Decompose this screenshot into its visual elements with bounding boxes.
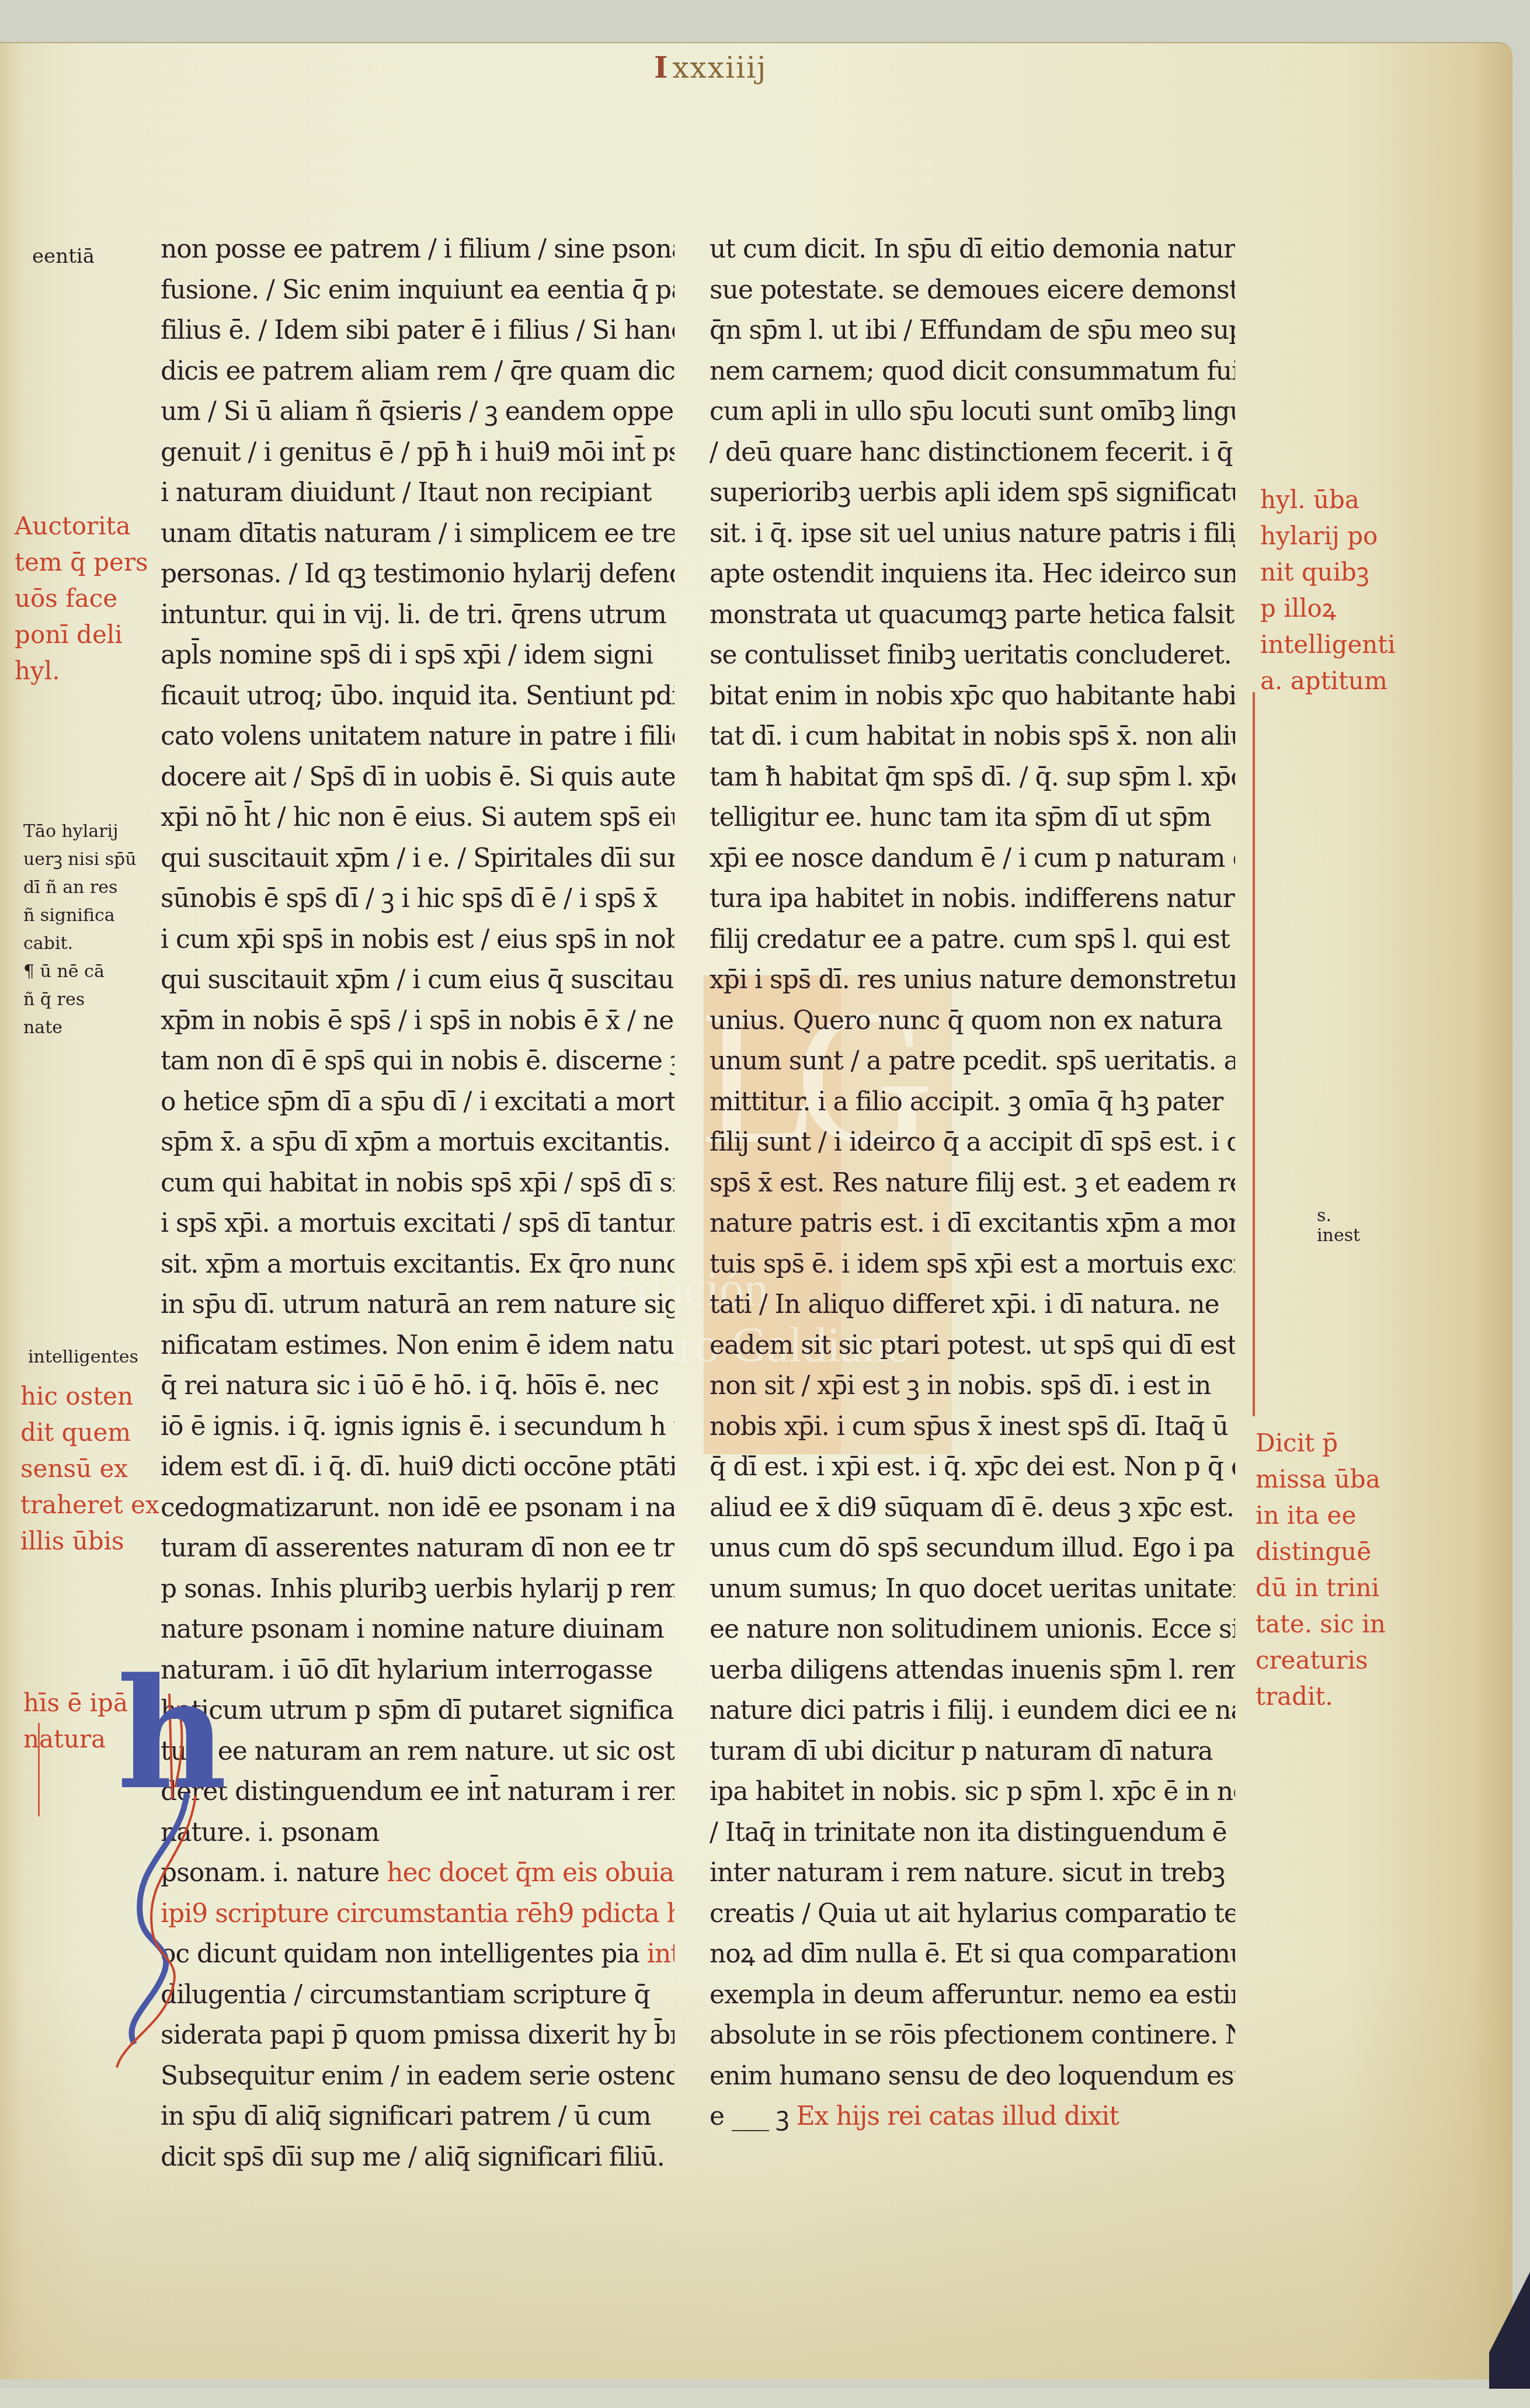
line-text: cum apli in ullo sp̄u locuti sunt omībꝫ … xyxy=(710,397,1235,426)
line-text: telligitur ee. hunc tam ita sp̄m dī ut s… xyxy=(710,802,1211,832)
rubric-text: Ex hijs rei catas illud dixit xyxy=(797,2101,1119,2131)
text-line: absolute in se rōis pfectionem continere… xyxy=(710,2015,1235,2056)
line-text: in sp̄u dī aliq̄ significari patrem / ū … xyxy=(161,2101,651,2131)
line-text: sit. i q̄. ipse sit uel unius nature pat… xyxy=(710,519,1235,548)
gloss-line: cabit. xyxy=(23,930,137,958)
text-line: siderata papi p̄ quom pmissa dixerit hy … xyxy=(161,2015,674,2056)
line-text: tam ħ habitat q̄m sps̄ dī. / q̄. sup sp̄… xyxy=(710,762,1235,792)
gloss-line: eentiā xyxy=(32,241,95,272)
line-text: idem est dī. i q̄. dī. hui9 dicti occōne… xyxy=(161,1452,674,1482)
line-text: q̄ rei natura sic i ūō ē hō. i q̄. hōīs … xyxy=(161,1371,659,1401)
line-text: xp̄m in nobis ē sps̄ / i sps̄ in nobis ē… xyxy=(161,1006,674,1036)
gloss-line: uerꝫ nisi sp̄ū xyxy=(23,846,137,874)
line-text: q̄n sp̄m l. ut ibi / Effundam de sp̄u me… xyxy=(710,315,1235,345)
line-text: unius. Quero nunc q̄ quom non ex natura xyxy=(710,1006,1222,1036)
line-text: sūnobis ē sps̄ dī / ꝫ i hic sps̄ dī ē / … xyxy=(161,884,657,913)
text-line: cedogmatizarunt. non idē ee psonam i na xyxy=(161,1488,674,1528)
line-text: inter naturam i rem nature. sicut in tre… xyxy=(710,1858,1225,1888)
line-text: cedogmatizarunt. non idē ee psonam i na xyxy=(161,1493,674,1523)
text-column-right: ut cum dicit. In sp̄u dī eitio demonia n… xyxy=(710,229,1235,2137)
gloss-line: hyl. xyxy=(15,653,148,689)
line-text: nobis xp̄i. i cum sp̄us x̄ inest sps̄ dī… xyxy=(710,1412,1228,1441)
line-text: dilugentia / circumstantiam scripture q̄ xyxy=(161,1980,650,2010)
line-text: unam dītatis naturam / i simplicem ee tr… xyxy=(161,519,674,548)
line-text: non posse ee patrem / i filium / sine ps… xyxy=(161,234,674,264)
text-line: nobis xp̄i. i cum sp̄us x̄ inest sps̄ dī… xyxy=(710,1406,1235,1447)
gloss-line: Dicit p̄ xyxy=(1256,1425,1386,1461)
text-line: Subsequitur enim / in eadem serie ostend… xyxy=(161,2056,674,2097)
text-line: enim humano sensu de deo loquendum est xyxy=(710,2056,1235,2097)
gloss-line: dū in trini xyxy=(1256,1570,1386,1606)
line-text: monstrata ut quacumqꝫ parte hetica falsi… xyxy=(710,600,1235,630)
text-line: tuis sps̄ ē. i idem sps̄ xp̄i est a mort… xyxy=(710,1244,1235,1285)
line-text: se contulisset finibꝫ ueritatis conclude… xyxy=(710,640,1235,670)
text-line: uerba diligens attendas inuenis sp̄m l. … xyxy=(710,1650,1235,1691)
margin-gloss-inest: s. inest xyxy=(1317,1206,1360,1246)
text-line: dicis ee patrem aliam rem / q̄re quam di… xyxy=(161,351,674,392)
text-line: sit. i q̄. ipse sit uel unius nature pat… xyxy=(710,513,1235,554)
text-line: nature dici patris i filij. i eundem dic… xyxy=(710,1690,1235,1731)
line-text: tum ee naturam an rem nature. ut sic ost… xyxy=(161,1736,674,1766)
text-line: / Itaq̄ in trinitate non ita distinguend… xyxy=(710,1812,1235,1853)
text-line: nature psonam i nomine nature diuinam xyxy=(161,1609,674,1650)
text-line: naturam. i ūō dīt hylarium interrogasse xyxy=(161,1650,674,1691)
gloss-line: hylarij po xyxy=(1260,518,1396,554)
text-line: turam dī ubi dicitur p naturam dī natura xyxy=(710,1731,1235,1772)
text-line: ipa habitet in nobis. sic p sp̄m l. xp̄c… xyxy=(710,1771,1235,1812)
line-text: unum sunt / a patre pcedit. sps̄ ueritat… xyxy=(710,1046,1235,1076)
text-line: psonam. i. nature hec docet q̄m eis obui… xyxy=(161,1853,674,1893)
text-line: um / Si ū aliam ñ q̄sieris / ꝫ eandem op… xyxy=(161,391,674,432)
text-line: in sp̄u dī. utrum naturā an rem nature s… xyxy=(161,1284,674,1325)
text-line: apte ostendit inquiens ita. Hec ideirco … xyxy=(710,554,1235,595)
text-line: nature patris est. i dī excitantis xp̄m … xyxy=(710,1203,1235,1244)
line-text: nificatam estimes. Non enim ē idem natur… xyxy=(161,1330,674,1360)
line-text: unum sumus; In quo docet ueritas unitate… xyxy=(710,1574,1235,1604)
line-text: nature psonam i nomine nature diuinam xyxy=(161,1614,664,1644)
line-text: / Itaq̄ in trinitate non ita distinguend… xyxy=(710,1818,1227,1847)
line-text: dicit sps̄ dīi sup me / aliq̄ significar… xyxy=(161,2142,665,2172)
line-text: filius ē. / Idem sibi pater ē i filius /… xyxy=(161,315,674,345)
text-line: i naturam diuidunt / Itaut non recipiant xyxy=(161,472,674,513)
line-text: cato volens unitatem nature in patre i f… xyxy=(161,721,674,751)
gloss-line: ñ q̄ res xyxy=(23,986,137,1014)
background-surface xyxy=(0,2389,1530,2408)
line-text: qui suscitauit xp̄m / i e. / Spiritales … xyxy=(161,843,674,873)
text-line: apl̄s nomine sps̄ di i sps̄ xp̄i / idem … xyxy=(161,635,674,676)
text-line: q̄ dī est. i xp̄i est. i q̄. xp̄c dei es… xyxy=(710,1447,1235,1488)
line-text: o hetice sp̄m dī a sp̄u dī / i excitati … xyxy=(161,1087,674,1117)
text-line: genuit / i genitus ē / pp̄ ħ i hui9 mōi … xyxy=(161,432,674,473)
line-text: filij credatur ee a patre. cum sps̄ l. q… xyxy=(710,925,1235,954)
text-line: ee nature non solitudinem unionis. Ecce … xyxy=(710,1609,1235,1650)
gloss-line: ñ significa xyxy=(23,902,137,930)
text-line: ipi9 scripture circumstantia rēh9 pdicta… xyxy=(161,1893,674,1934)
line-text: sue potestate. se demoues eicere demonst… xyxy=(710,275,1235,305)
text-line: xp̄m in nobis ē sps̄ / i sps̄ in nobis ē… xyxy=(161,1000,674,1041)
line-text: p sonas. Inhis pluribꝫ uerbis hylarij p … xyxy=(161,1574,674,1604)
text-line: qui suscitauit xp̄m / i cum eius q̄ susc… xyxy=(161,960,674,1000)
text-line: filius ē. / Idem sibi pater ē i filius /… xyxy=(161,310,674,351)
text-line: idem est dī. i q̄. dī. hui9 dicti occōne… xyxy=(161,1447,674,1488)
line-text: nature patris est. i dī excitantis xp̄m … xyxy=(710,1208,1235,1238)
gloss-line: nate xyxy=(23,1014,137,1042)
text-line: cum apli in ullo sp̄u locuti sunt omībꝫ … xyxy=(710,391,1235,432)
text-line: monstrata ut quacumqꝫ parte hetica falsi… xyxy=(710,595,1235,635)
line-text: xp̄i ee nosce dandum ē / i cum p naturam… xyxy=(710,843,1235,873)
text-line: e ___ ꝫ Ex hijs rei catas illud dixit xyxy=(710,2096,1235,2137)
gloss-line: s. xyxy=(1317,1206,1360,1226)
text-line: cato volens unitatem nature in patre i f… xyxy=(161,716,674,757)
gloss-line: Auctorita xyxy=(15,508,148,544)
margin-gloss-dicit-premissa: Dicit p̄ missa ūba in ita ee distinguē d… xyxy=(1256,1425,1386,1715)
text-line: sue potestate. se demoues eicere demonst… xyxy=(710,270,1235,311)
gloss-line: inest xyxy=(1317,1226,1360,1246)
line-text: q̄ dī est. i xp̄i est. i q̄. xp̄c dei es… xyxy=(710,1452,1235,1482)
line-text: creatis / Quia ut ait hylarius comparati… xyxy=(710,1899,1235,1929)
text-line: telligitur ee. hunc tam ita sp̄m dī ut s… xyxy=(710,797,1235,838)
gloss-line: dit quem xyxy=(20,1415,159,1451)
line-text: sp̄m x̄. a sp̄u dī xp̄m a mortuis excita… xyxy=(161,1127,670,1157)
gloss-line: hīs ē ipā xyxy=(23,1685,128,1721)
gloss-line: a. aptitum xyxy=(1260,663,1396,699)
line-text: tati / In aliquo differet xp̄i. i dī nat… xyxy=(710,1290,1219,1319)
gloss-line: illis ūbis xyxy=(20,1523,159,1559)
text-line: eadem sit sic ptari potest. ut sps̄ qui … xyxy=(710,1325,1235,1366)
gloss-line: hyl. ūba xyxy=(1260,482,1396,518)
gloss-line: ponī deli xyxy=(15,617,148,653)
gloss-line: dī ñ an res xyxy=(23,874,137,902)
gloss-line: distinguē xyxy=(1256,1534,1386,1570)
text-line: mittitur. i a filio accipit. ꝫ omīa q̄ h… xyxy=(710,1082,1235,1123)
line-text: oc dicunt quidam non intelligentes pia xyxy=(161,1939,639,1969)
gloss-line: tem q̄ pers xyxy=(15,544,148,581)
text-line: superioribꝫ uerbis apli idem sps̄ signif… xyxy=(710,472,1235,513)
line-text: exempla in deum afferuntur. nemo ea esti… xyxy=(710,1980,1235,2010)
line-text: ut cum dicit. In sp̄u dī eitio demonia n… xyxy=(710,234,1235,264)
line-text: i sps̄ xp̄i. a mortuis excitati / sps̄ d… xyxy=(161,1208,674,1238)
line-text: tuis sps̄ ē. i idem sps̄ xp̄i est a mort… xyxy=(710,1249,1235,1279)
gloss-line: traheret ex xyxy=(20,1487,159,1523)
gloss-line: intelligentes xyxy=(28,1343,138,1371)
line-text: heticum utrum p sp̄m dī putaret signific… xyxy=(161,1695,673,1725)
line-text: Subsequitur enim / in eadem serie ostend… xyxy=(161,2061,674,2091)
line-text: sit. xp̄m a mortuis excitantis. Ex q̄ro … xyxy=(161,1249,674,1279)
gloss-line: nit quibꝫ xyxy=(1260,554,1396,590)
line-text: personas. / Id qꝫ testimonio hylarij def… xyxy=(161,559,674,589)
gloss-line: intelligenti xyxy=(1260,627,1396,663)
text-line: sps̄ x̄ est. Res nature filij est. ꝫ et … xyxy=(710,1163,1235,1204)
text-line: q̄n sp̄m l. ut ibi / Effundam de sp̄u me… xyxy=(710,310,1235,351)
folio-number: Ixxxiiij xyxy=(654,50,767,85)
text-line: sit. xp̄m a mortuis excitantis. Ex q̄ro … xyxy=(161,1244,674,1285)
gloss-line: tate. sic in xyxy=(1256,1606,1386,1642)
text-line: i sps̄ xp̄i. a mortuis excitati / sps̄ d… xyxy=(161,1203,674,1244)
text-line: nature. i. psonam xyxy=(161,1812,674,1853)
text-line: creatis / Quia ut ait hylarius comparati… xyxy=(710,1893,1235,1934)
text-line: personas. / Id qꝫ testimonio hylarij def… xyxy=(161,554,674,595)
gloss-line: sensū ex xyxy=(20,1451,159,1487)
gloss-line: p illoꝝ xyxy=(1260,590,1396,627)
line-text: mittitur. i a filio accipit. ꝫ omīa q̄ h… xyxy=(710,1087,1223,1117)
line-text: bitat enim in nobis xp̄c quo habitante h… xyxy=(710,681,1235,711)
margin-gloss-hylarius: Tāo hylarij uerꝫ nisi sp̄ū dī ñ an res ñ… xyxy=(23,818,137,1042)
text-line: filij credatur ee a patre. cum sps̄ l. q… xyxy=(710,919,1235,960)
text-line: unum sunt / a patre pcedit. sps̄ ueritat… xyxy=(710,1041,1235,1082)
text-line: tati / In aliquo differet xp̄i. i dī nat… xyxy=(710,1284,1235,1325)
text-line: intuntur. qui in vij. li. de tri. q̄rens… xyxy=(161,595,674,635)
text-line: bitat enim in nobis xp̄c quo habitante h… xyxy=(710,676,1235,717)
gloss-line: hic osten xyxy=(20,1378,159,1415)
text-line: non posse ee patrem / i filium / sine ps… xyxy=(161,229,674,270)
text-line: nem carnem; quod dicit consummatum fuiss… xyxy=(710,351,1235,392)
text-line: ficauit utroq; ūbo. inquid ita. Sentiunt… xyxy=(161,676,674,717)
line-text: eadem sit sic ptari potest. ut sps̄ qui … xyxy=(710,1330,1235,1360)
text-line: unius. Quero nunc q̄ quom non ex natura xyxy=(710,1000,1235,1041)
line-text: sps̄ x̄ est. Res nature filij est. ꝫ et … xyxy=(710,1168,1235,1198)
text-line: tura ipa habitet in nobis. indifferens n… xyxy=(710,878,1235,919)
line-text: noꝝ ad dīm nulla ē. Et si qua comparatio… xyxy=(710,1939,1235,1969)
text-column-left: non posse ee patrem / i filium / sine ps… xyxy=(161,229,674,2177)
line-text: cum qui habitat in nobis sps̄ xp̄i / sps… xyxy=(161,1168,674,1198)
text-line: docere ait / Sps̄ dī in uobis ē. Si quis… xyxy=(161,757,674,798)
line-text: filij sunt / i ideirco q̄ a accipit dī s… xyxy=(710,1127,1235,1157)
text-line: xp̄i i sps̄ dī. res unius nature demonst… xyxy=(710,960,1235,1000)
line-text: enim humano sensu de deo loquendum est xyxy=(710,2061,1235,2091)
gloss-line: natura xyxy=(23,1721,128,1757)
margin-gloss-intelligentes: intelligentes xyxy=(28,1343,138,1371)
gloss-line: uōs face xyxy=(15,581,148,617)
line-text: qui suscitauit xp̄m / i cum eius q̄ susc… xyxy=(161,965,674,995)
text-line: / deū quare hanc distinctionem fecerit. … xyxy=(710,432,1235,473)
text-line: p sonas. Inhis pluribꝫ uerbis hylarij p … xyxy=(161,1569,674,1610)
initial-letter: h xyxy=(117,1659,227,1811)
gloss-line: in ita ee xyxy=(1256,1497,1386,1534)
line-text: unus cum dō sps̄ secundum illud. Ego i p… xyxy=(710,1533,1235,1563)
line-text: genuit / i genitus ē / pp̄ ħ i hui9 mōi … xyxy=(161,437,674,467)
line-text: absolute in se rōis pfectionem continere… xyxy=(710,2020,1235,2050)
text-line: fusione. / Sic enim inquiunt ea eentia q… xyxy=(161,270,674,311)
text-line: tam non dī ē sps̄ qui in nobis ē. discer… xyxy=(161,1041,674,1082)
text-line: tum ee naturam an rem nature. ut sic ost… xyxy=(161,1731,674,1772)
rubric-text: hec docet q̄m eis obuiat xyxy=(387,1858,674,1888)
text-line: oc dicunt quidam non intelligentes pia i… xyxy=(161,1934,674,1975)
line-text: intuntur. qui in vij. li. de tri. q̄rens… xyxy=(161,600,666,630)
text-line: ut cum dicit. In sp̄u dī eitio demonia n… xyxy=(710,229,1235,270)
rubric-text: intelligi. i q̄. sps̄ l. ē res uni9 ū. p… xyxy=(647,1939,674,1969)
text-line: nificatam estimes. Non enim ē idem natur… xyxy=(161,1325,674,1366)
rubric-text: ipi9 scripture circumstantia rēh9 pdicta… xyxy=(161,1899,674,1929)
line-text: tam non dī ē sps̄ qui in nobis ē. discer… xyxy=(161,1046,674,1076)
line-text: xp̄i i sps̄ dī. res unius nature demonst… xyxy=(710,965,1235,995)
gloss-line: missa ūba xyxy=(1256,1461,1386,1497)
text-line: cum qui habitat in nobis sps̄ xp̄i / sps… xyxy=(161,1163,674,1204)
line-text: in sp̄u dī. utrum naturā an rem nature s… xyxy=(161,1290,674,1319)
text-line: aliud ee x̄ di9 sūquam dī ē. deus ꝫ xp̄c… xyxy=(710,1488,1235,1528)
line-text: nature dici patris i filij. i eundem dic… xyxy=(710,1695,1235,1725)
text-line: tat dī. i cum habitat in nobis sps̄ x̄. … xyxy=(710,716,1235,757)
rubric-bracket-line xyxy=(1253,692,1255,1416)
text-line: unus cum dō sps̄ secundum illud. Ego i p… xyxy=(710,1528,1235,1569)
line-text: ficauit utroq; ūbo. inquid ita. Sentiunt… xyxy=(161,681,674,711)
line-text: i naturam diuidunt / Itaut non recipiant xyxy=(161,478,651,508)
line-text: i cum xp̄i sps̄ in nobis est / eius sps̄… xyxy=(161,925,674,954)
text-line: xp̄i nō h̄t / hic non ē eius. Si autem s… xyxy=(161,797,674,838)
line-text: tura ipa habitet in nobis. indifferens n… xyxy=(710,884,1235,913)
margin-gloss-hylarius-verba: hyl. ūba hylarij po nit quibꝫ p illoꝝ in… xyxy=(1260,482,1396,699)
folio-number-initial: I xyxy=(654,50,669,85)
text-line: in sp̄u dī aliq̄ significari patrem / ū … xyxy=(161,2096,674,2137)
line-text: iō ē ignis. i q̄. ignis ignis ē. i secun… xyxy=(161,1412,674,1441)
line-text: aliud ee x̄ di9 sūquam dī ē. deus ꝫ xp̄c… xyxy=(710,1493,1234,1523)
line-text: um / Si ū aliam ñ q̄sieris / ꝫ eandem op… xyxy=(161,397,674,426)
line-text: apte ostendit inquiens ita. Hec ideirco … xyxy=(710,559,1235,589)
gloss-line: Tāo hylarij xyxy=(23,818,137,846)
gloss-line: creaturis xyxy=(1256,1642,1386,1679)
margin-gloss-natura: hīs ē ipā natura xyxy=(23,1685,128,1757)
text-line: xp̄i ee nosce dandum ē / i cum p naturam… xyxy=(710,838,1235,879)
line-text: apl̄s nomine sps̄ di i sps̄ xp̄i / idem … xyxy=(161,640,653,670)
text-line: noꝝ ad dīm nulla ē. Et si qua comparatio… xyxy=(710,1934,1235,1975)
text-line: iō ē ignis. i q̄. ignis ignis ē. i secun… xyxy=(161,1406,674,1447)
line-text: deret distinguendum ee int̄ naturam i re… xyxy=(161,1777,674,1806)
line-text: / deū quare hanc distinctionem fecerit. … xyxy=(710,437,1235,467)
line-text: dicis ee patrem aliam rem / q̄re quam di… xyxy=(161,356,674,386)
text-line: non sit / xp̄i est ꝫ in nobis. sps̄ dī. … xyxy=(710,1365,1235,1406)
text-line: filij sunt / i ideirco q̄ a accipit dī s… xyxy=(710,1122,1235,1163)
text-line: heticum utrum p sp̄m dī putaret signific… xyxy=(161,1690,674,1731)
margin-gloss-hic-ostendit: hic osten dit quem sensū ex traheret ex … xyxy=(20,1378,159,1559)
text-line: i cum xp̄i sps̄ in nobis est / eius sps̄… xyxy=(161,919,674,960)
line-text: fusione. / Sic enim inquiunt ea eentia q… xyxy=(161,275,674,305)
text-line: q̄ rei natura sic i ūō ē hō. i q̄. hōīs … xyxy=(161,1365,674,1406)
line-text: nem carnem; quod dicit consummatum fuiss… xyxy=(710,356,1235,386)
line-text: ipa habitet in nobis. sic p sp̄m l. xp̄c… xyxy=(710,1777,1235,1806)
line-text: tat dī. i cum habitat in nobis sps̄ x̄. … xyxy=(710,721,1235,751)
line-text: docere ait / Sps̄ dī in uobis ē. Si quis… xyxy=(161,762,674,792)
text-line: o hetice sp̄m dī a sp̄u dī / i excitati … xyxy=(161,1082,674,1123)
line-text: turam dī asserentes naturam dī non ee tr… xyxy=(161,1533,674,1563)
text-line: turam dī asserentes naturam dī non ee tr… xyxy=(161,1528,674,1569)
line-text: non sit / xp̄i est ꝫ in nobis. sps̄ dī. … xyxy=(710,1371,1211,1401)
text-line: sūnobis ē sps̄ dī / ꝫ i hic sps̄ dī ē / … xyxy=(161,878,674,919)
line-text: e ___ ꝫ xyxy=(710,2101,789,2131)
text-line: dicit sps̄ dīi sup me / aliq̄ significar… xyxy=(161,2137,674,2178)
line-text: uerba diligens attendas inuenis sp̄m l. … xyxy=(710,1655,1235,1685)
line-text: xp̄i nō h̄t / hic non ē eius. Si autem s… xyxy=(161,802,674,832)
text-line: unum sumus; In quo docet ueritas unitate… xyxy=(710,1569,1235,1610)
text-line: exempla in deum afferuntur. nemo ea esti… xyxy=(710,1975,1235,2016)
text-line: se contulisset finibꝫ ueritatis conclude… xyxy=(710,635,1235,676)
line-text: superioribꝫ uerbis apli idem sps̄ signif… xyxy=(710,478,1235,508)
text-line: deret distinguendum ee int̄ naturam i re… xyxy=(161,1771,674,1812)
gloss-line: tradit. xyxy=(1256,1679,1386,1715)
text-line: sp̄m x̄. a sp̄u dī xp̄m a mortuis excita… xyxy=(161,1122,674,1163)
gloss-line: ¶ ū nē cā xyxy=(23,958,137,986)
margin-gloss-essentia: eentiā xyxy=(32,241,95,272)
line-text: naturam. i ūō dīt hylarium interrogasse xyxy=(161,1655,652,1685)
text-line: inter naturam i rem nature. sicut in tre… xyxy=(710,1853,1235,1893)
text-line: dilugentia / circumstantiam scripture q̄ xyxy=(161,1975,674,2016)
line-text: ee nature non solitudinem unionis. Ecce … xyxy=(710,1614,1235,1644)
folio-number-numeral: xxxiiij xyxy=(672,51,767,85)
line-text: turam dī ubi dicitur p naturam dī natura xyxy=(710,1736,1213,1766)
margin-gloss-auctoritas: Auctorita tem q̄ pers uōs face ponī deli… xyxy=(15,508,148,689)
text-line: qui suscitauit xp̄m / i e. / Spiritales … xyxy=(161,838,674,879)
text-line: tam ħ habitat q̄m sps̄ dī. / q̄. sup sp̄… xyxy=(710,757,1235,798)
line-text: siderata papi p̄ quom pmissa dixerit hy … xyxy=(161,2020,674,2050)
text-line: unam dītatis naturam / i simplicem ee tr… xyxy=(161,513,674,554)
